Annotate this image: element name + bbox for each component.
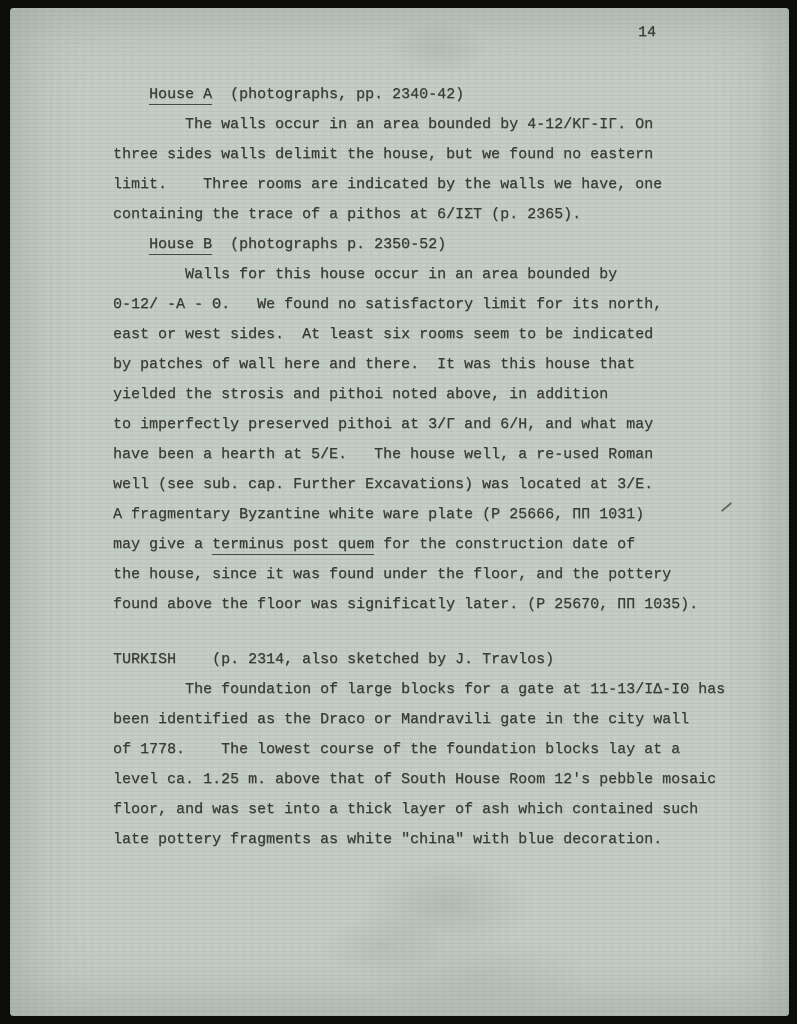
text-segment: TURKISH (p. 2314, also sketched by J. Tr… — [113, 651, 554, 668]
text-line: level ca. 1.25 m. above that of South Ho… — [113, 765, 773, 795]
text-line: limit. Three rooms are indicated by the … — [113, 170, 773, 200]
text-line: by patches of wall here and there. It wa… — [113, 350, 773, 380]
text-line: A fragmentary Byzantine white ware plate… — [113, 500, 773, 530]
text-line: to imperfectly preserved pithoi at 3/Γ a… — [113, 410, 773, 440]
text-segment: late pottery fragments as white "china" … — [113, 831, 662, 848]
underlined-text: House A — [149, 86, 212, 105]
text-segment: found above the floor was significatly l… — [113, 596, 698, 613]
text-segment: 0-12/ -Α - Θ. We found no satisfactory l… — [113, 296, 662, 313]
text-segment: of 1778. The lowest course of the founda… — [113, 741, 680, 758]
text-line: three sides walls delimit the house, but… — [113, 140, 773, 170]
text-line: Walls for this house occur in an area bo… — [113, 260, 773, 290]
text-segment: (photographs, pp. 2340-42) — [212, 86, 464, 103]
text-line: House B (photographs p. 2350-52) — [113, 230, 773, 260]
underlined-text: terminus post quem — [212, 536, 374, 555]
block-turkish: TURKISH (p. 2314, also sketched by J. Tr… — [113, 645, 773, 855]
text-segment: well (see sub. cap. Further Excavations)… — [113, 476, 653, 493]
text-line: well (see sub. cap. Further Excavations)… — [113, 470, 773, 500]
text-segment: by patches of wall here and there. It wa… — [113, 356, 635, 373]
text-segment: The walls occur in an area bounded by 4-… — [113, 116, 653, 133]
underlined-text: House B — [149, 236, 212, 255]
text-segment: (photographs p. 2350-52) — [212, 236, 446, 253]
text-segment: The foundation of large blocks for a gat… — [113, 681, 725, 698]
text-line: TURKISH (p. 2314, also sketched by J. Tr… — [113, 645, 773, 675]
text-line: may give a terminus post quem for the co… — [113, 530, 773, 560]
text-segment: have been a hearth at 5/Ε. The house wel… — [113, 446, 653, 463]
text-line: late pottery fragments as white "china" … — [113, 825, 773, 855]
text-line: House A (photographs, pp. 2340-42) — [113, 80, 773, 110]
text-segment: limit. Three rooms are indicated by the … — [113, 176, 662, 193]
text-segment: for the construction date of — [374, 536, 635, 553]
text-segment: A fragmentary Byzantine white ware plate… — [113, 506, 644, 523]
text-line: containing the trace of a pithos at 6/ΙΣ… — [113, 200, 773, 230]
text-line: The foundation of large blocks for a gat… — [113, 675, 773, 705]
typewritten-page: 14 House A (photographs, pp. 2340-42) Th… — [10, 8, 789, 1016]
text-segment: been identified as the Draco or Mandravi… — [113, 711, 689, 728]
scanned-page-canvas: 14 House A (photographs, pp. 2340-42) Th… — [0, 0, 797, 1024]
text-line: of 1778. The lowest course of the founda… — [113, 735, 773, 765]
text-segment: Walls for this house occur in an area bo… — [113, 266, 617, 283]
text-body: House A (photographs, pp. 2340-42) The w… — [113, 80, 773, 855]
text-line: yielded the strosis and pithoi noted abo… — [113, 380, 773, 410]
text-segment — [113, 236, 149, 253]
text-line: 0-12/ -Α - Θ. We found no satisfactory l… — [113, 290, 773, 320]
text-segment: floor, and was set into a thick layer of… — [113, 801, 698, 818]
text-line: have been a hearth at 5/Ε. The house wel… — [113, 440, 773, 470]
text-segment: east or west sides. At least six rooms s… — [113, 326, 653, 343]
text-segment: containing the trace of a pithos at 6/ΙΣ… — [113, 206, 581, 223]
block-house-b: House B (photographs p. 2350-52) Walls f… — [113, 230, 773, 620]
text-line: been identified as the Draco or Mandravi… — [113, 705, 773, 735]
block-house-a: House A (photographs, pp. 2340-42) The w… — [113, 80, 773, 230]
text-line: The walls occur in an area bounded by 4-… — [113, 110, 773, 140]
text-line: floor, and was set into a thick layer of… — [113, 795, 773, 825]
text-segment: may give a — [113, 536, 212, 553]
text-segment: to imperfectly preserved pithoi at 3/Γ a… — [113, 416, 653, 433]
text-segment — [113, 86, 149, 103]
text-segment: the house, since it was found under the … — [113, 566, 671, 583]
text-line: found above the floor was significatly l… — [113, 590, 773, 620]
text-line: the house, since it was found under the … — [113, 560, 773, 590]
text-segment: yielded the strosis and pithoi noted abo… — [113, 386, 608, 403]
page-number: 14 — [638, 24, 656, 41]
text-segment: three sides walls delimit the house, but… — [113, 146, 653, 163]
text-segment: level ca. 1.25 m. above that of South Ho… — [113, 771, 716, 788]
text-line: east or west sides. At least six rooms s… — [113, 320, 773, 350]
